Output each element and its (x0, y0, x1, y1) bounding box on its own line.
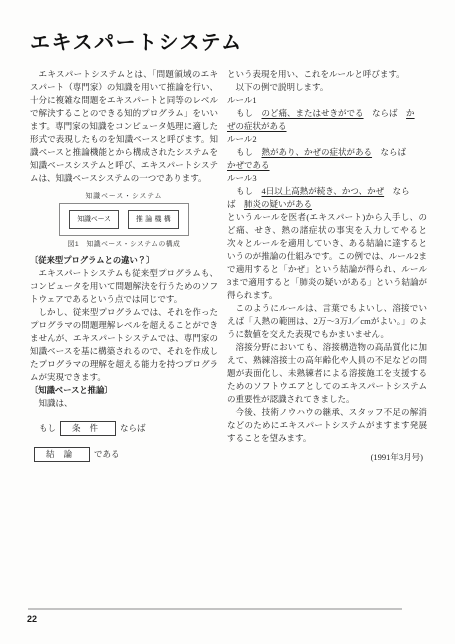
rule-line: もし 熱があり、かぜの症状がある ならば (227, 146, 427, 159)
rule-condition: のど痛、またはせきがでる (262, 108, 364, 118)
rule-line: もし のど痛、またはせきがでる ならば か (227, 107, 427, 120)
rule-text: ならば (364, 108, 407, 118)
rule-line: ぜの症状がある (227, 120, 427, 133)
section-heading-knowledge-inference: 〔知識ベースと推論〕 (30, 384, 218, 397)
is-keyword: である (94, 449, 120, 459)
rule-label: ルール3 (227, 172, 427, 185)
right-column: という表現を用い、これをルールと呼びます。 以下の例で説明します。 ルール1 も… (227, 68, 427, 464)
section-heading-difference: 〔従来型プログラムとの違い？〕 (30, 254, 218, 267)
rule-text: もし (236, 147, 262, 157)
rule-line: ば 肺炎の疑いがある (227, 198, 427, 211)
rule-label: ルール2 (227, 133, 427, 146)
figure-outer-box: 知識ベース 推論機構 (59, 203, 188, 236)
page-title: エキスパートシステム (30, 26, 243, 55)
then-keyword: ならば (120, 423, 146, 433)
paragraph-similarity: エキスパートシステムも従来型プログラムも、コンピュータを用いて問題解決を行うため… (30, 267, 218, 306)
rule-text: ば (227, 199, 244, 209)
article-body: エキスパートシステムとは、「問題領域のエキスパート（専門家）の知識を用いて推論を… (30, 68, 427, 464)
conclusion-box: 結論 (34, 447, 90, 462)
figure-box-knowledge-base: 知識ベース (69, 210, 119, 229)
page-number: 22 (27, 614, 37, 624)
rule-text: もし (236, 108, 262, 118)
rule-text: ならば (372, 147, 406, 157)
paragraph-outlook: 今後、技術ノウハウの継承、スタッフ不足の解消などのためにエキスパートシステムがま… (227, 406, 427, 445)
rule-3: ルール3 もし 4日以上高熱が続き、かつ、かぜ なら ば 肺炎の疑いがある (227, 172, 427, 211)
issue-date: (1991年3月号) (227, 451, 427, 464)
rule-conclusion: かぜである (227, 160, 270, 170)
paragraph-rule-naming: という表現を用い、これをルールと呼びます。 (227, 68, 427, 81)
rule-line: もし 4日以上高熱が続き、かつ、かぜ なら (227, 185, 427, 198)
document-page: エキスパートシステム エキスパートシステムとは、「問題領域のエキスパート（専門家… (0, 0, 455, 644)
paragraph-knowledge-lead: 知識は、 (30, 397, 218, 410)
paragraph-example-lead: 以下の例で説明します。 (227, 81, 427, 94)
condition-box: 条件 (60, 421, 116, 436)
footer-divider (28, 608, 402, 610)
paragraph-definition: エキスパートシステムとは、「問題領域のエキスパート（専門家）の知識を用いて推論を… (30, 68, 218, 185)
figure-caption: 図1 知識ベース・システムの構成 (30, 240, 218, 249)
rule-conclusion: か (406, 108, 415, 118)
rule-label: ルール1 (227, 94, 427, 107)
figure-box-inference-engine: 推論機構 (128, 210, 179, 229)
rule-template-then-line: 結論である (30, 447, 218, 462)
rule-condition: 4日以上高熱が続き、かつ、かぜ (262, 186, 385, 196)
rule-2: ルール2 もし 熱があり、かぜの症状がある ならば かぜである (227, 133, 427, 172)
paragraph-capability: しかし、従来型プログラムでは、それを作ったプログラマの問題理解レベルを超えること… (30, 306, 218, 384)
rule-text: もし (236, 186, 262, 196)
rule-line: かぜである (227, 159, 427, 172)
rule-condition: 熱があり、かぜの症状がある (262, 147, 373, 157)
rule-text: なら (384, 186, 410, 196)
figure-knowledge-base-system: 知識ベース・システム 知識ベース 推論機構 図1 知識ベース・システムの構成 (30, 193, 218, 249)
paragraph-inference-mechanism: というルールを医者(エキスパート)から入手し、のど痛、せき、熱の諸症状の事実を入… (227, 211, 427, 302)
paragraph-welding-field: 溶接分野においても、溶接構造物の高品質化に加えて、熟練溶接士の高年齢化や人員の不… (227, 341, 427, 406)
paragraph-rule-forms: このようにルールは、言葉でもよいし、溶接でいえば「入熱の範囲は、2万～3万J／c… (227, 302, 427, 341)
rule-conclusion: ぜの症状がある (227, 121, 287, 131)
if-keyword: もし (39, 423, 56, 433)
rule-conclusion: 肺炎の疑いがある (244, 199, 312, 209)
rule-template-if-line: もし条件ならば (30, 421, 218, 436)
left-column: エキスパートシステムとは、「問題領域のエキスパート（専門家）の知識を用いて推論を… (30, 68, 218, 464)
rule-1: ルール1 もし のど痛、またはせきがでる ならば か ぜの症状がある (227, 94, 427, 133)
figure-top-label: 知識ベース・システム (30, 193, 218, 201)
